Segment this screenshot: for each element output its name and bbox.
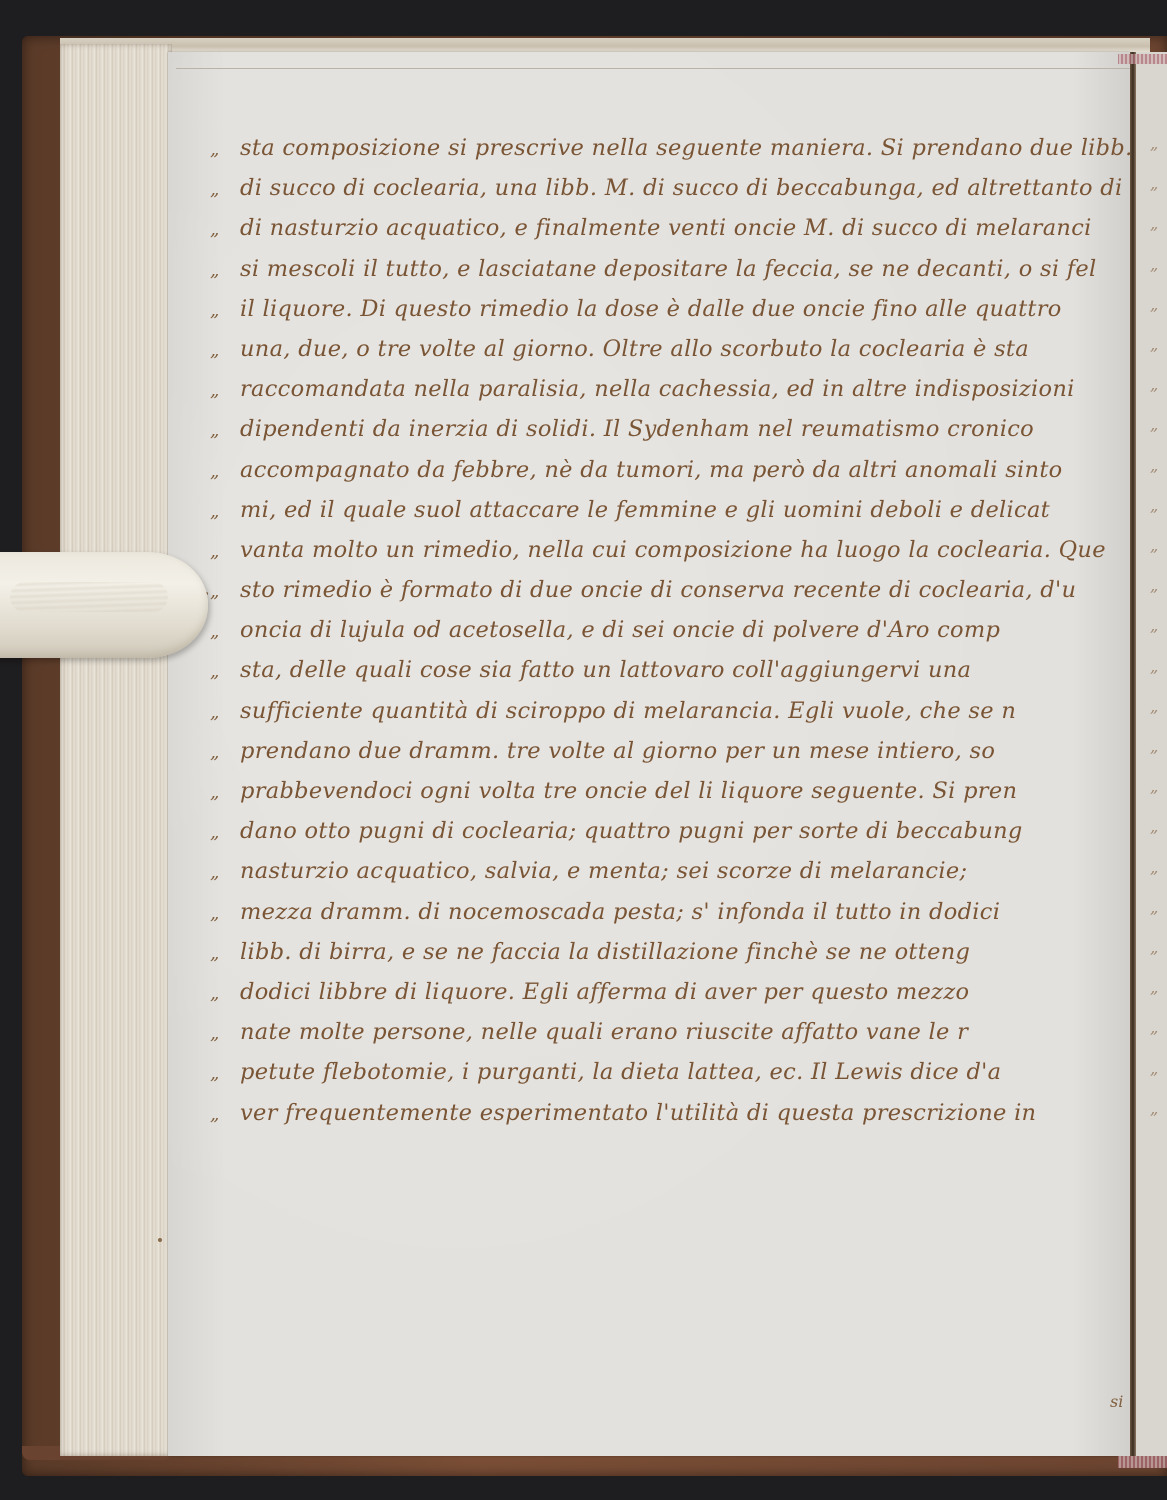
quotation-mark: „ <box>210 612 240 650</box>
facing-page-quotation-mark: „ <box>1150 1059 1158 1078</box>
text-line: „petute flebotomie, i purganti, la dieta… <box>210 1052 1130 1092</box>
line-text: il liquore. Di questo rimedio la dose è … <box>240 296 1062 322</box>
facing-page-quotation-mark: „ <box>1150 335 1158 354</box>
line-text: una, due, o tre volte al giorno. Oltre a… <box>240 336 1029 362</box>
text-line: „nate molte persone, nelle quali erano r… <box>210 1012 1130 1052</box>
line-text: dano otto pugni di coclearia; quattro pu… <box>240 818 1023 844</box>
quotation-mark: „ <box>210 773 240 811</box>
facing-page-quotation-mark: „ <box>1150 295 1158 314</box>
line-text: ver frequentemente esperimentato l'utili… <box>240 1100 1036 1126</box>
facing-page-quotation-mark: „ <box>1150 898 1158 917</box>
text-line: „dodici libbre di liquore. Egli afferma … <box>210 972 1130 1012</box>
facing-page-quotation-mark: „ <box>1150 375 1158 394</box>
quotation-mark: „ <box>210 170 240 208</box>
line-text: libb. di birra, e se ne faccia la distil… <box>240 939 970 965</box>
quotation-mark: „ <box>210 813 240 851</box>
facing-page-quotation-mark: „ <box>1150 978 1158 997</box>
line-text: prabbevendoci ogni volta tre oncie del l… <box>240 778 1017 804</box>
quotation-mark: „ <box>210 652 240 690</box>
line-text: raccomandata nella paralisia, nella cach… <box>240 376 1075 402</box>
quotation-mark: „ <box>210 1095 240 1133</box>
line-text: si mescoli il tutto, e lasciatane deposi… <box>240 256 1097 282</box>
margin-ink-dot <box>158 1238 162 1242</box>
quotation-mark: „ <box>210 853 240 891</box>
quotation-mark: „ <box>210 331 240 369</box>
text-line: „dano otto pugni di coclearia; quattro p… <box>210 811 1130 851</box>
facing-page-quotation-mark: „ <box>1150 737 1158 756</box>
quotation-mark: „ <box>210 411 240 449</box>
line-text: sta, delle quali cose sia fatto un latto… <box>240 657 971 683</box>
quotation-mark: „ <box>210 693 240 731</box>
text-line: „vanta molto un rimedio, nella cui compo… <box>210 530 1130 570</box>
text-line: „nasturzio acquatico, salvia, e menta; s… <box>210 851 1130 891</box>
line-text: nate molte persone, nelle quali erano ri… <box>240 1019 968 1045</box>
text-line: „di nasturzio acquatico, e finalmente ve… <box>210 208 1130 248</box>
text-line: „oncia di lujula od acetosella, e di sei… <box>210 610 1130 650</box>
facing-page-quotation-mark: „ <box>1150 777 1158 796</box>
text-line: „ver frequentemente esperimentato l'util… <box>210 1093 1130 1133</box>
text-line: „il liquore. Di questo rimedio la dose è… <box>210 289 1130 329</box>
text-line: „mezza dramm. di nocemoscada pesta; s' i… <box>210 892 1130 932</box>
text-line: „di succo di coclearia, una libb. M. di … <box>210 168 1130 208</box>
quotation-mark: „ <box>210 733 240 771</box>
line-text: prendano due dramm. tre volte al giorno … <box>240 738 995 764</box>
line-text: mi, ed il quale suol attaccare le femmin… <box>240 497 1050 523</box>
facing-page-quotation-mark: „ <box>1150 817 1158 836</box>
bone-folder <box>0 552 208 658</box>
text-line: „prabbevendoci ogni volta tre oncie del … <box>210 771 1130 811</box>
quotation-mark: „ <box>210 894 240 932</box>
line-text: vanta molto un rimedio, nella cui compos… <box>240 537 1106 563</box>
facing-page-quotation-mark: „ <box>1150 255 1158 274</box>
line-text: oncia di lujula od acetosella, e di sei … <box>240 617 1000 643</box>
quotation-mark: „ <box>210 371 240 409</box>
line-text: mezza dramm. di nocemoscada pesta; s' in… <box>240 899 1000 925</box>
text-line: „mi, ed il quale suol attaccare le femmi… <box>210 490 1130 530</box>
quotation-mark: „ <box>210 130 240 168</box>
line-text: sta composizione si prescrive nella segu… <box>240 135 1130 161</box>
facing-page-quotation-mark: „ <box>1150 415 1158 434</box>
quotation-mark: „ <box>210 572 240 610</box>
text-line: „si mescoli il tutto, e lasciatane depos… <box>210 249 1130 289</box>
quotation-mark: „ <box>210 934 240 972</box>
line-text: petute flebotomie, i purganti, la dieta … <box>240 1059 1001 1085</box>
text-line: „una, due, o tre volte al giorno. Oltre … <box>210 329 1130 369</box>
facing-page-quotation-mark: „ <box>1150 576 1158 595</box>
facing-page-quotation-mark: „ <box>1150 536 1158 555</box>
text-line: „sta composizione si prescrive nella seg… <box>210 128 1130 168</box>
page-edges-top <box>60 38 1150 52</box>
facing-page-quotation-mark: „ <box>1150 134 1158 153</box>
line-text: di nasturzio acquatico, e finalmente ven… <box>240 215 1092 241</box>
text-line: „libb. di birra, e se ne faccia la disti… <box>210 932 1130 972</box>
line-text: dipendenti da inerzia di solidi. Il Syde… <box>240 416 1034 442</box>
page-fold-line <box>176 68 1130 69</box>
quotation-mark: „ <box>210 210 240 248</box>
line-text: di succo di coclearia, una libb. M. di s… <box>240 175 1130 201</box>
text-line: „accompagnato da febbre, nè da tumori, m… <box>210 450 1130 490</box>
quotation-mark: „ <box>210 532 240 570</box>
facing-page-quotation-mark: „ <box>1150 174 1158 193</box>
quotation-mark: „ <box>210 251 240 289</box>
facing-page-quotation-mark: „ <box>1150 657 1158 676</box>
page-edges-stack <box>60 44 172 1456</box>
text-line: „prendano due dramm. tre volte al giorno… <box>210 731 1130 771</box>
facing-page-quotation-mark: „ <box>1150 1099 1158 1118</box>
text-line: „sta, delle quali cose sia fatto un latt… <box>210 650 1130 690</box>
quotation-mark: „ <box>210 291 240 329</box>
line-text: accompagnato da febbre, nè da tumori, ma… <box>240 457 1063 483</box>
line-text: nasturzio acquatico, salvia, e menta; se… <box>240 858 967 884</box>
quotation-mark: „ <box>210 1054 240 1092</box>
quotation-mark: „ <box>210 1014 240 1052</box>
facing-page-quotation-mark: „ <box>1150 456 1158 475</box>
quotation-mark: „ <box>210 492 240 530</box>
line-text: dodici libbre di liquore. Egli afferma d… <box>240 979 969 1005</box>
facing-page-strip: „„„„„„„„„„„„„„„„„„„„„„„„„ <box>1136 52 1167 1456</box>
facing-page-quotation-mark: „ <box>1150 1018 1158 1037</box>
facing-page-quotation-mark: „ <box>1150 616 1158 635</box>
facing-page-quotation-mark: „ <box>1150 858 1158 877</box>
line-text: sto rimedio è formato di due oncie di co… <box>240 577 1076 603</box>
text-line: „dipendenti da inerzia di solidi. Il Syd… <box>210 409 1130 449</box>
headband-top <box>1118 54 1167 64</box>
quotation-mark: „ <box>210 452 240 490</box>
line-text: sufficiente quantità di sciroppo di mela… <box>240 698 1016 724</box>
facing-page-quotation-mark: „ <box>1150 938 1158 957</box>
text-line: „sto rimedio è formato di due oncie di c… <box>210 570 1130 610</box>
quotation-mark: „ <box>210 974 240 1012</box>
facing-page-quotation-mark: „ <box>1150 214 1158 233</box>
headband-bottom <box>1118 1456 1167 1468</box>
text-line: „raccomandata nella paralisia, nella cac… <box>210 369 1130 409</box>
text-line: „sufficiente quantità di sciroppo di mel… <box>210 691 1130 731</box>
manuscript-text: „sta composizione si prescrive nella seg… <box>210 128 1130 1133</box>
facing-page-quotation-mark: „ <box>1150 697 1158 716</box>
facing-page-quotation-mark: „ <box>1150 496 1158 515</box>
catchword: si <box>1110 1392 1123 1411</box>
